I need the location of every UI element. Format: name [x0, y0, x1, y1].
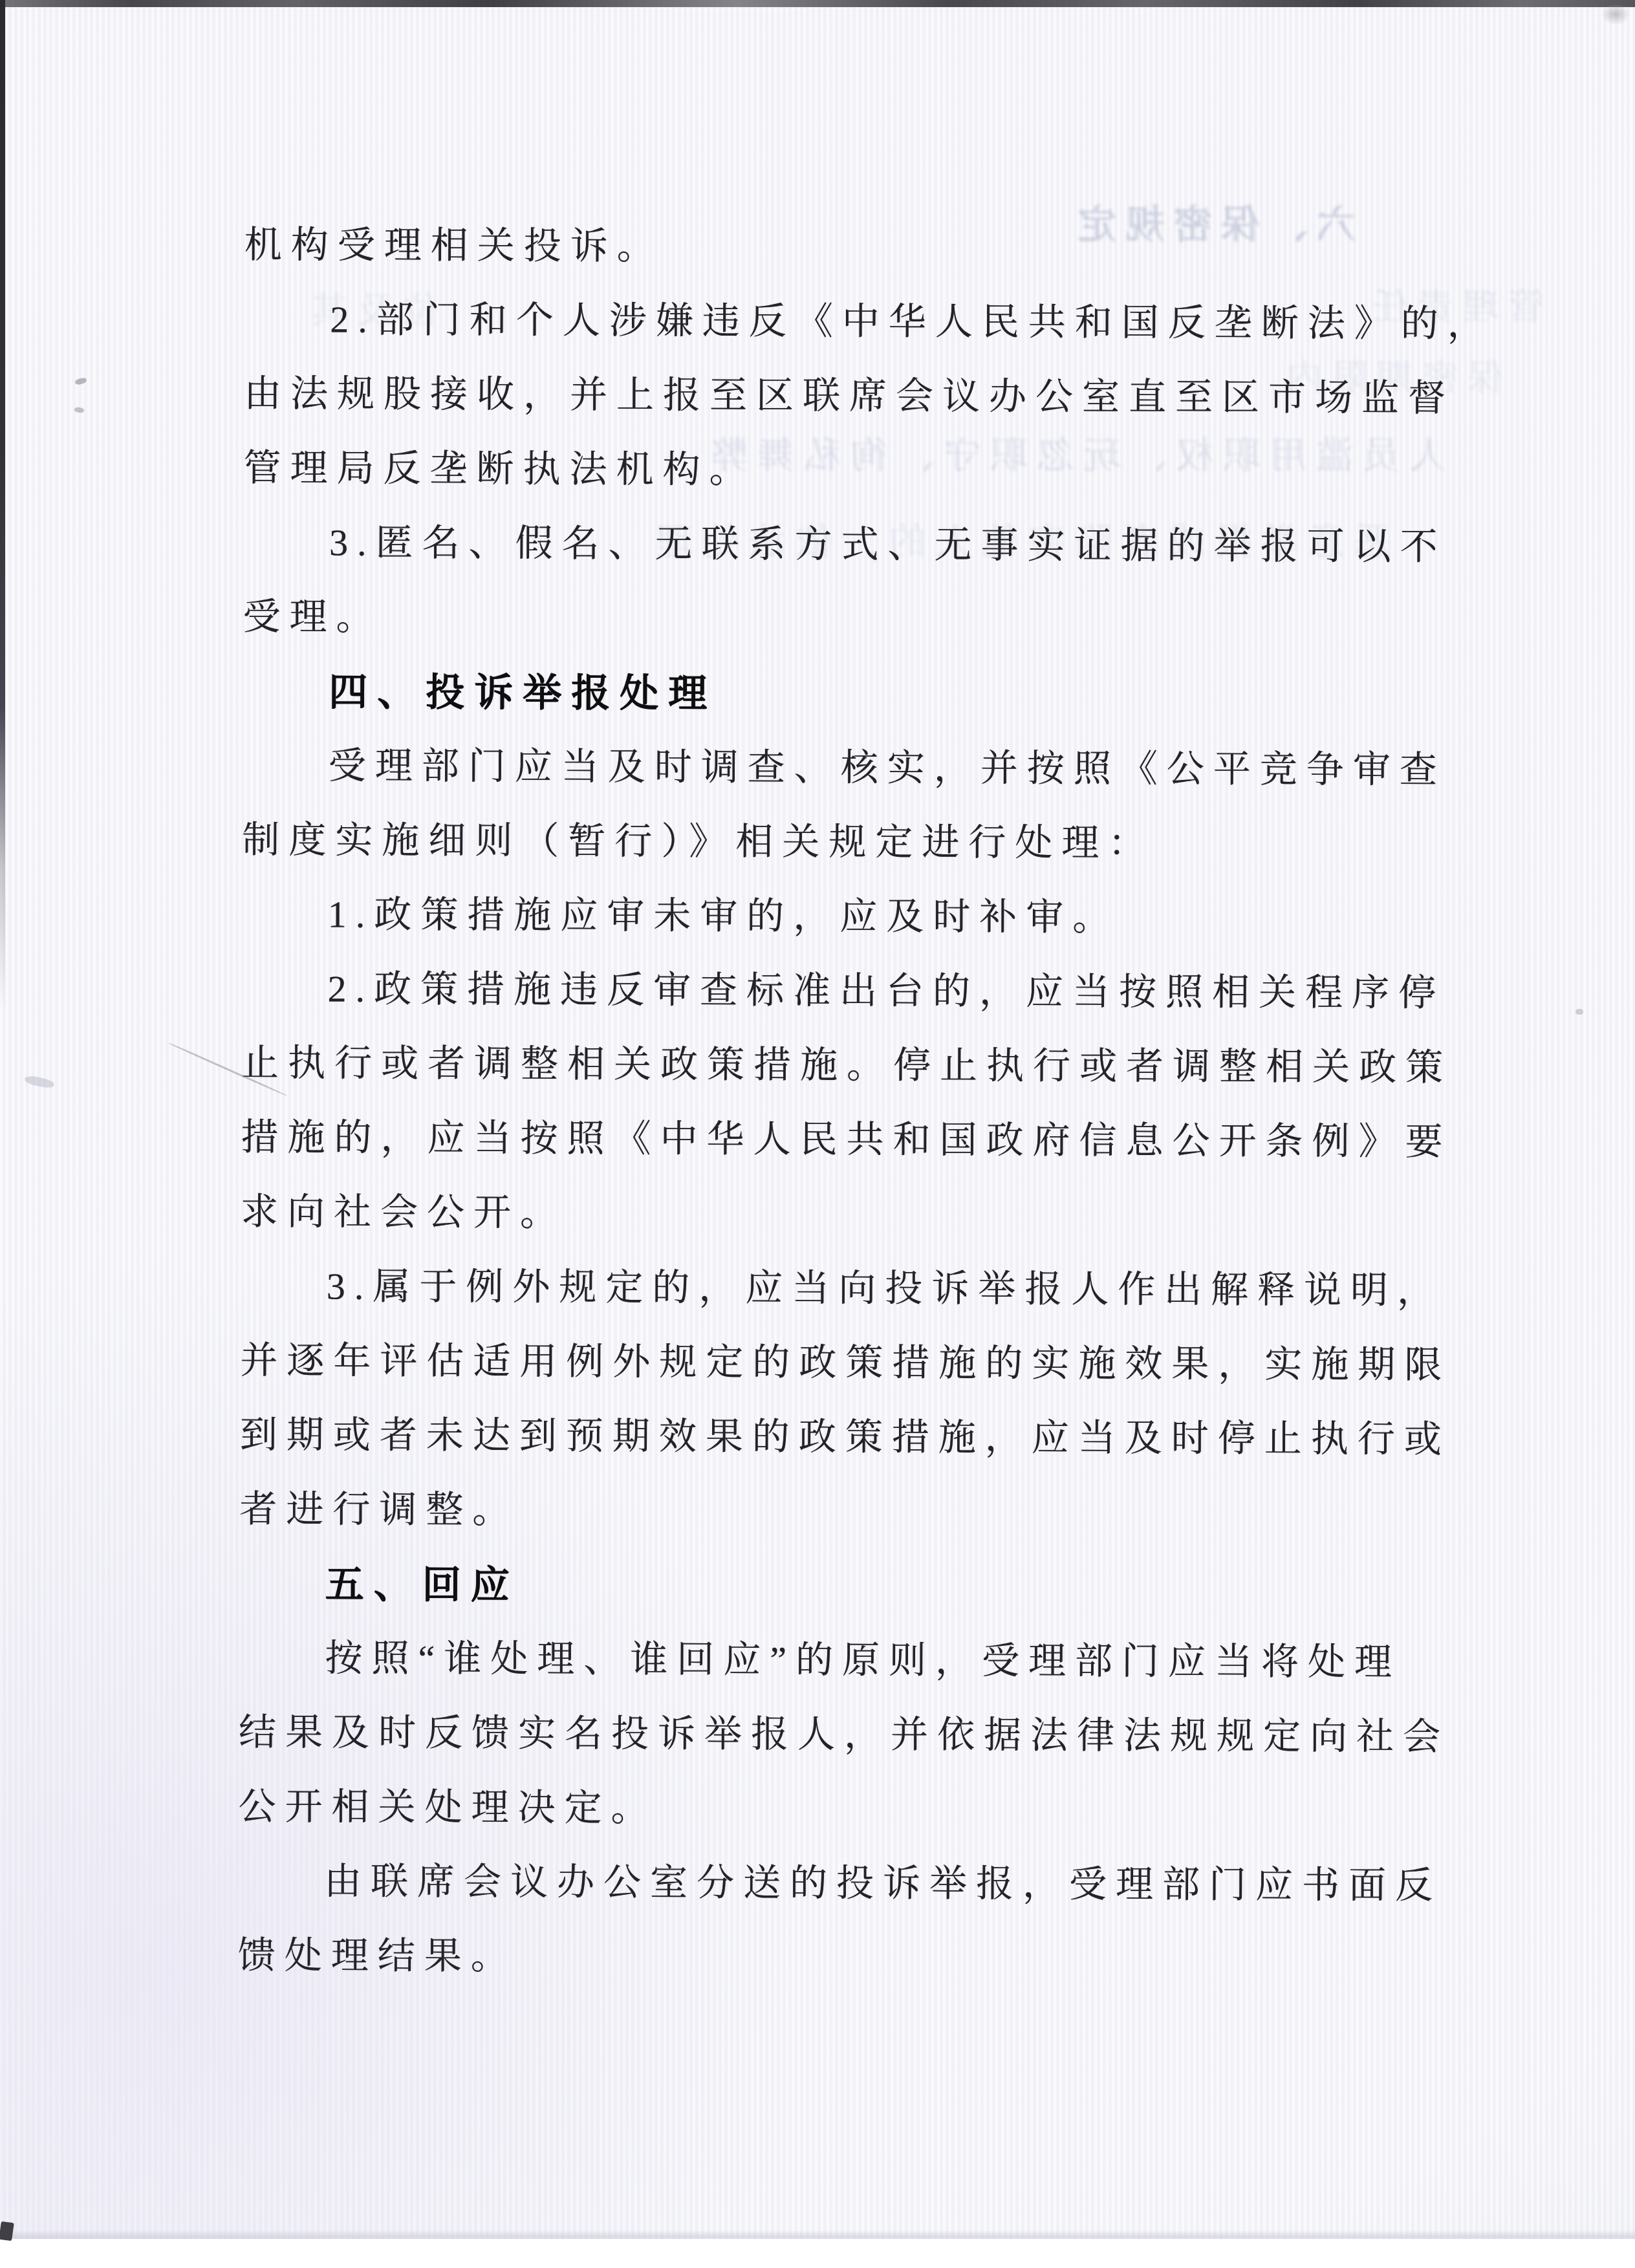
scanned-document-view: 六、保密规定管理责任位及其保密期限内人员滥用职权、玩忽职守、徇私舞弊恶意举报或者…	[0, 0, 1635, 2268]
scan-artifact-layer	[0, 0, 1635, 2239]
scan-edge-left	[0, 0, 5, 1009]
scan-edge-top	[0, 0, 1635, 7]
scan-artifact	[1575, 1009, 1583, 1015]
scan-artifact	[74, 407, 85, 413]
scan-smudge-top-right	[1596, 0, 1635, 28]
scan-artifact	[74, 377, 87, 385]
paper-bottom-edge	[0, 2230, 1635, 2239]
scan-artifact	[24, 1074, 55, 1089]
scan-artifact	[168, 1042, 287, 1096]
document-page: 六、保密规定管理责任位及其保密期限内人员滥用职权、玩忽职守、徇私舞弊恶意举报或者…	[0, 0, 1635, 2239]
scan-mark-bottom-left	[0, 2221, 14, 2241]
